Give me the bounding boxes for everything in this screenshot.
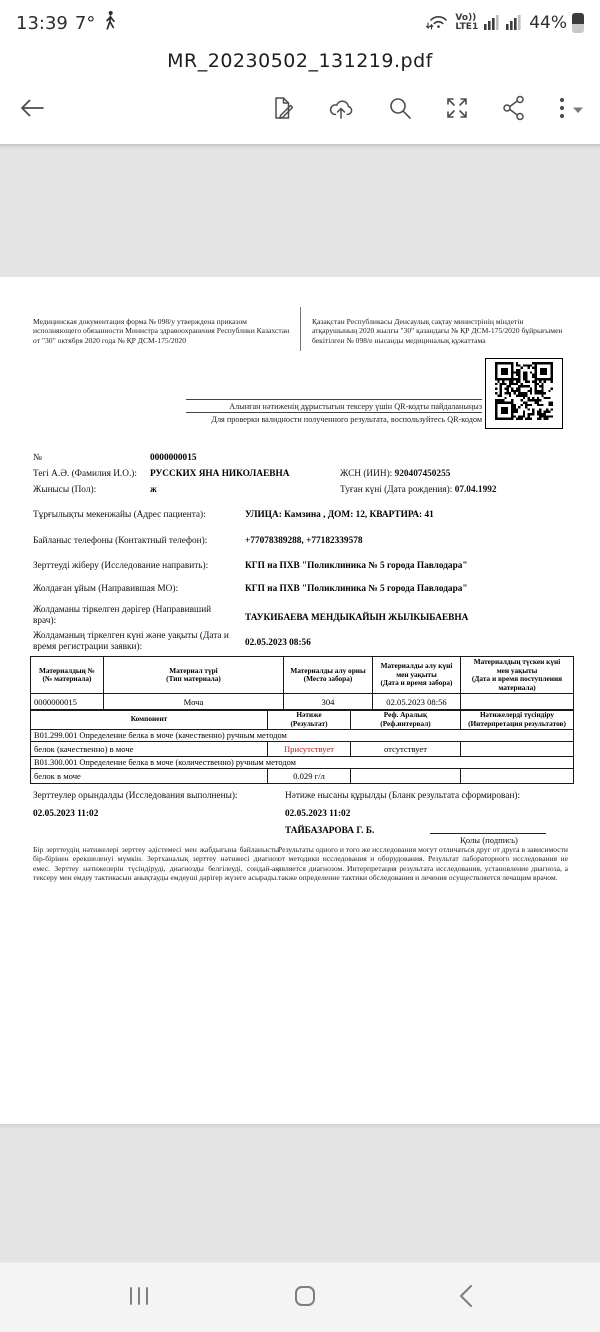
ref-cell (351, 769, 461, 784)
upload-button[interactable] (324, 93, 358, 126)
back-button[interactable] (14, 93, 48, 126)
performed-date: 02.05.2023 11:02 (33, 809, 98, 819)
address-label: Тұрғылықты мекенжайы (Адрес пациента): (33, 510, 206, 521)
test-group-row: В01.299.001 Определение белка в моче (ка… (31, 730, 574, 742)
walking-person-icon (102, 10, 119, 37)
header-divider (300, 307, 301, 351)
registration-label: Жолдаманың тіркелген күні және уақыты (Д… (33, 631, 233, 652)
iin-row: ЖСН (ИИН): 920407450255 (340, 469, 450, 480)
interp-cell (461, 769, 574, 784)
search-button[interactable] (385, 93, 415, 126)
signature-line (430, 833, 546, 834)
col-collection-place: Материалды алу орны (Место забора) (284, 657, 373, 694)
pdf-page[interactable]: Медицинская документация форма № 098/у у… (0, 277, 600, 1124)
signal-bars-icon-2 (505, 12, 522, 35)
result-row: белок (качественно) в моче Присутствует … (31, 742, 574, 757)
col-interpretation: Нәтижелерді түсіндіру (Интерпретация рез… (461, 710, 574, 730)
volte-indicator: Vo)) LTE1 (455, 14, 478, 32)
search-icon (387, 95, 413, 124)
address-value: УЛИЦА: Камзина , ДОМ: 12, КВАРТИРА: 41 (245, 510, 434, 521)
recents-icon (126, 1285, 152, 1310)
signatory-name: ТАЙБАЗАРОВА Г. Б. (285, 826, 374, 836)
edit-document-icon (268, 94, 295, 125)
share-icon (501, 94, 527, 125)
fullscreen-icon (444, 95, 470, 124)
patient-number-label: № (33, 453, 42, 464)
home-icon (294, 1285, 316, 1310)
org-label: Жолдаған ұйым (Направившая МО): (33, 584, 178, 595)
org-value: КГП на ПХВ "Поликлиника № 5 города Павло… (245, 584, 468, 595)
battery-percent: 44% (529, 13, 567, 33)
disclaimer-kk: Бір зерттеудің нәтижелері зерттеу әдісте… (33, 845, 279, 883)
component-cell: белок в моче (31, 769, 268, 784)
formed-label: Нәтиже нысаны құрылды (Бланк результата … (285, 791, 520, 801)
status-bar: 13:39 7° Vo)) LTE1 (0, 0, 600, 46)
chevron-down-icon (572, 102, 584, 117)
doctor-label: Жолдаманы тіркелген дәрігер (Направивший… (33, 605, 228, 626)
result-cell: Присутствует (268, 742, 351, 757)
iin-label: ЖСН (ИИН): (340, 469, 395, 479)
col-collection-datetime: Материалды алу күні мен уақыты (Дата и в… (373, 657, 461, 694)
result-cell: 0.029 г/л (268, 769, 351, 784)
result-row: белок в моче 0.029 г/л (31, 769, 574, 784)
test-group-row: В01.300.001 Определение белка в моче (ко… (31, 757, 574, 769)
wifi-icon (424, 10, 450, 36)
component-cell: белок (качественно) в моче (31, 742, 268, 757)
col-material-number: Материалдың № (№ материала) (31, 657, 104, 694)
results-table-header: Компонент Нәтиже (Результат) Реф. Аралық… (31, 710, 574, 730)
qr-caption-ru: Для проверки валидности полученного резу… (186, 412, 482, 425)
col-material-type: Материал түрі (Тип материала) (104, 657, 284, 694)
viewer-background-bottom (0, 1124, 600, 1262)
registration-datetime: 02.05.2023 08:56 (245, 638, 311, 649)
performed-label: Зерттеулер орындалды (Исследования выпол… (33, 791, 238, 801)
fullscreen-button[interactable] (442, 93, 472, 126)
col-received-datetime: Материалдың түскен күні мен уақыты (Дата… (461, 657, 574, 694)
formed-date: 02.05.2023 11:02 (285, 809, 350, 819)
sex-label: Жынысы (Пол): (33, 485, 96, 496)
phone-label: Байланыс телефоны (Контактный телефон): (33, 536, 207, 547)
patient-number: 0000000015 (150, 453, 196, 464)
birth-row: Туған күні (Дата рождения): 07.04.1992 (340, 485, 497, 496)
home-button[interactable] (288, 1279, 322, 1316)
interp-cell (461, 742, 574, 757)
pdf-filename: MR_20230502_131219.pdf (0, 50, 600, 72)
share-button[interactable] (499, 92, 529, 127)
surname-value: РУССКИХ ЯНА НИКОЛАЕВНА (150, 469, 289, 480)
birth-value: 07.04.1992 (455, 485, 497, 495)
surname-label: Тегі А.Ә. (Фамилия И.О.): (33, 469, 137, 480)
col-component: Компонент (31, 710, 268, 730)
back-nav-button[interactable] (452, 1278, 480, 1317)
test-group-title: В01.299.001 Определение белка в моче (ка… (31, 730, 574, 742)
phone-screen: 13:39 7° Vo)) LTE1 (0, 0, 600, 1332)
material-table-header: Материалдың № (№ материала) Материал түр… (31, 657, 574, 694)
pdf-toolbar (0, 84, 600, 134)
material-table: Материалдың № (№ материала) Материал түр… (30, 656, 574, 711)
results-table: Компонент Нәтиже (Результат) Реф. Аралық… (30, 709, 574, 784)
regulation-note-kk: Қазақстан Республикасы Денсаулық сақтау … (312, 317, 568, 345)
send-label: Зерттеуді жіберу (Исследование направить… (33, 561, 208, 572)
back-arrow-icon (16, 95, 46, 124)
birth-label: Туған күні (Дата рождения): (340, 485, 455, 495)
android-nav-bar (0, 1262, 600, 1332)
ref-cell: отсутствует (351, 742, 461, 757)
signature-caption: Қолы (подпись) (432, 835, 546, 845)
regulation-note-ru: Медицинская документация форма № 098/у у… (33, 317, 291, 345)
col-result: Нәтиже (Результат) (268, 710, 351, 730)
col-ref-interval: Реф. Аралық (Реф.интервал) (351, 710, 461, 730)
disclaimer-ru: Результаты одного и того же исследования… (278, 845, 568, 883)
battery-icon (572, 13, 584, 33)
qr-code (485, 358, 563, 429)
recents-button[interactable] (120, 1279, 158, 1316)
status-time: 13:39 (16, 13, 68, 34)
cloud-upload-icon (326, 95, 356, 124)
qr-caption: Алынған нәтиженің дұрыстығын тексеру үші… (186, 399, 482, 425)
more-menu-button[interactable] (556, 93, 586, 126)
viewer-background-top (0, 144, 600, 277)
qr-caption-kk: Алынған нәтиженің дұрыстығын тексеру үші… (186, 399, 482, 412)
sex-value: ж (150, 485, 157, 496)
test-group-title: В01.300.001 Определение белка в моче (ко… (31, 757, 574, 769)
doctor-value: ТАУКИБАЕВА МЕНДЫКАЙЫН ЖЫЛКЫБАЕВНА (245, 613, 468, 624)
iin-value: 920407450255 (395, 469, 451, 479)
back-chevron-icon (458, 1284, 474, 1311)
signal-bars-icon (483, 12, 500, 35)
annotate-button[interactable] (266, 92, 297, 127)
send-value: КГП на ПХВ "Поликлиника № 5 города Павло… (245, 561, 468, 572)
status-temperature: 7° (75, 13, 95, 34)
more-vertical-icon (558, 95, 566, 124)
phone-value: +77078389288, +77182339578 (245, 536, 363, 547)
